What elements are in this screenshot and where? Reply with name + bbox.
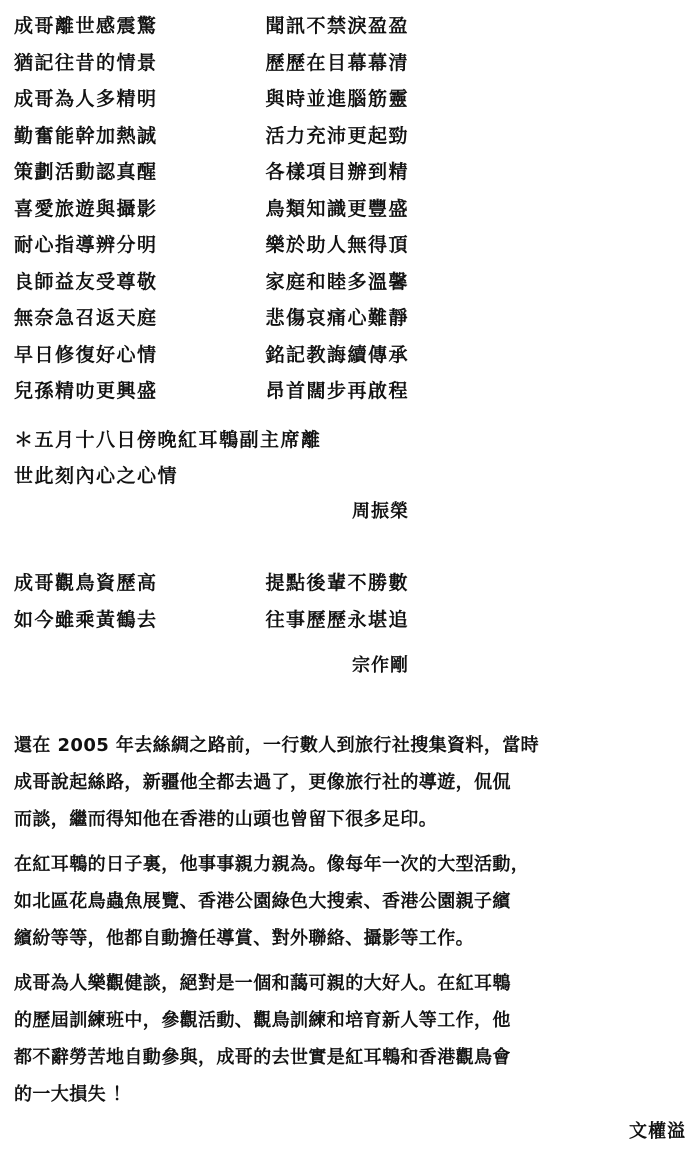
couplet: 耐心指導辨分明 樂於助人無得頂 — [14, 227, 409, 264]
couplet-right: 聞訊不禁淚盈盈 — [265, 8, 409, 45]
poem-note-line-2: 世此刻內心之心情 — [14, 458, 409, 494]
couplet: 兒孫精叻更興盛 昂首闊步再啟程 — [14, 373, 409, 410]
poem-2: 成哥觀鳥資歷高 提點後輩不勝數 如今雖乘黃鶴去 往事歷歷永堪追 宗作剛 — [14, 565, 409, 684]
couplet: 勤奮能幹加熱誠 活力充沛更起勁 — [14, 118, 409, 155]
couplet-right: 提點後輩不勝數 — [265, 565, 409, 602]
paragraph-1-line: 而談，繼而得知他在香港的山頭也曾留下很多足印。 — [14, 801, 686, 838]
couplet-right: 各樣項目辦到精 — [265, 154, 409, 191]
couplet-left: 勤奮能幹加熱誠 — [14, 118, 158, 155]
couplet: 成哥離世感震驚 聞訊不禁淚盈盈 — [14, 8, 409, 45]
paragraph-3-line: 成哥為人樂觀健談，絕對是一個和藹可親的大好人。在紅耳鵯 — [14, 965, 686, 1002]
paragraph-2-line: 如北區花鳥蟲魚展覽、香港公園綠色大搜索、香港公園親子繽 — [14, 883, 686, 920]
couplet: 成哥為人多精明 與時並進腦筋靈 — [14, 81, 409, 118]
couplet-right: 往事歷歷永堪追 — [265, 602, 409, 639]
couplet-right: 昂首闊步再啟程 — [265, 373, 409, 410]
couplet-left: 良師益友受尊敬 — [14, 264, 158, 301]
couplet-right: 鳥類知識更豐盛 — [265, 191, 409, 228]
paragraph-1-line: 成哥說起絲路，新疆他全都去過了，更像旅行社的導遊，侃侃 — [14, 764, 686, 801]
paragraph-2-line: 繽紛等等，他都自動擔任導賞、對外聯絡、攝影等工作。 — [14, 920, 686, 957]
couplet: 良師益友受尊敬 家庭和睦多溫馨 — [14, 264, 409, 301]
couplet-right: 樂於助人無得頂 — [265, 227, 409, 264]
couplet-right: 家庭和睦多溫馨 — [265, 264, 409, 301]
couplet-right: 悲傷哀痛心難靜 — [265, 300, 409, 337]
couplet: 如今雖乘黃鶴去 往事歷歷永堪追 — [14, 602, 409, 639]
couplet-left: 喜愛旅遊與攝影 — [14, 191, 158, 228]
couplet-right: 與時並進腦筋靈 — [265, 81, 409, 118]
couplet-left: 兒孫精叻更興盛 — [14, 373, 158, 410]
couplet-left: 早日修復好心情 — [14, 337, 158, 374]
couplet-right: 歷歷在目幕幕清 — [265, 45, 409, 82]
couplet-left: 無奈急召返天庭 — [14, 300, 158, 337]
couplet-left: 如今雖乘黃鶴去 — [14, 602, 158, 639]
paragraph-3-line: 的一大損失 ！ — [14, 1076, 686, 1113]
couplet: 策劃活動認真醒 各樣項目辦到精 — [14, 154, 409, 191]
paragraph-2-line: 在紅耳鵯的日子裏，他事事親力親為。像每年一次的大型活動， — [14, 846, 686, 883]
couplet-left: 成哥觀鳥資歷高 — [14, 565, 158, 602]
couplet: 猶記往昔的情景 歷歷在目幕幕清 — [14, 45, 409, 82]
poem-1: 成哥離世感震驚 聞訊不禁淚盈盈 猶記往昔的情景 歷歷在目幕幕清 成哥為人多精明 … — [14, 0, 409, 530]
couplet-right: 銘記教誨續傳承 — [265, 337, 409, 374]
couplet: 成哥觀鳥資歷高 提點後輩不勝數 — [14, 565, 409, 602]
paragraph-3-line: 都不辭勞苦地自動參與，成哥的去世實是紅耳鵯和香港觀鳥會 — [14, 1039, 686, 1076]
couplet-left: 策劃活動認真醒 — [14, 154, 158, 191]
paragraph-3-line: 的歷屆訓練班中，參觀活動、觀鳥訓練和培育新人等工作，他 — [14, 1002, 686, 1039]
couplet-left: 成哥離世感震驚 — [14, 8, 158, 45]
poem-1-author: 周振榮 — [14, 494, 409, 530]
poem-2-author: 宗作剛 — [14, 648, 409, 684]
poem-note-line-1: ＊五月十八日傍晚紅耳鵯副主席離 — [14, 422, 409, 458]
couplet: 早日修復好心情 銘記教誨續傳承 — [14, 337, 409, 374]
couplet: 無奈急召返天庭 悲傷哀痛心難靜 — [14, 300, 409, 337]
prose-author: 文權溢 — [14, 1113, 686, 1151]
couplet-left: 耐心指導辨分明 — [14, 227, 158, 264]
couplet: 喜愛旅遊與攝影 鳥類知識更豐盛 — [14, 191, 409, 228]
couplet-left: 成哥為人多精明 — [14, 81, 158, 118]
couplet-left: 猶記往昔的情景 — [14, 45, 158, 82]
paragraph-1-line: 還在 2005 年去絲綢之路前，一行數人到旅行社搜集資料，當時 — [14, 727, 686, 764]
prose-section: 還在 2005 年去絲綢之路前，一行數人到旅行社搜集資料，當時 成哥說起絲路，新… — [14, 727, 686, 1151]
couplet-right: 活力充沛更起勁 — [265, 118, 409, 155]
